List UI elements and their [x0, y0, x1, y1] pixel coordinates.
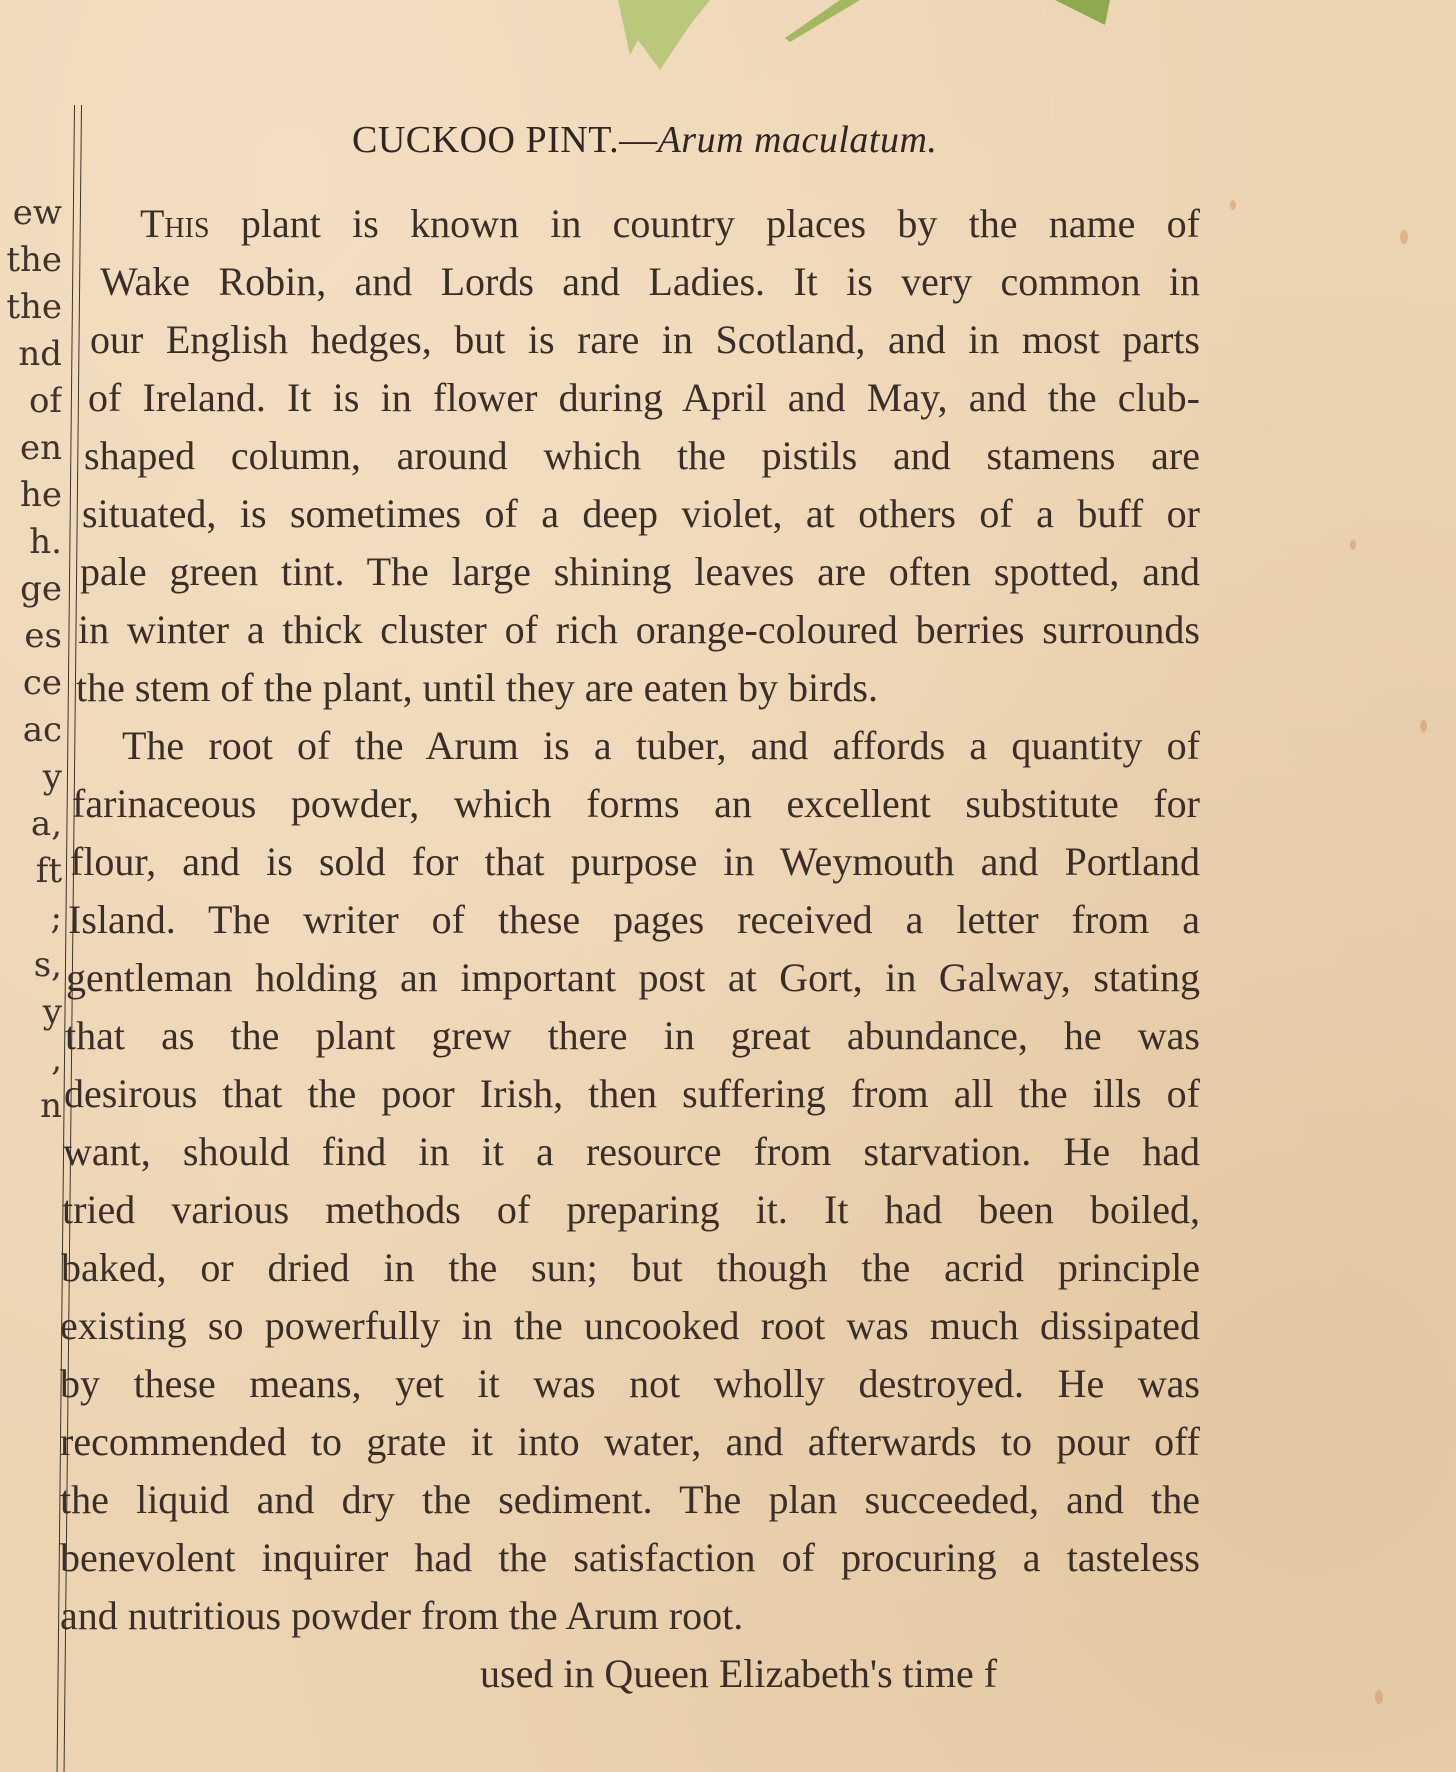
text-line: by these means, yet it was not wholly de…	[60, 1360, 1200, 1418]
column-fragment: s,	[0, 942, 62, 989]
line-text: Wake Robin, and Lords and Ladies. It is …	[100, 259, 1200, 304]
line-text: that as the plant grew there in great ab…	[65, 1013, 1200, 1058]
common-name: CUCKOO PINT.—	[352, 119, 658, 161]
text-line: gentleman holding an important post at G…	[60, 954, 1200, 1012]
column-fragment: ew	[0, 190, 62, 237]
column-fragment: ac	[0, 707, 62, 754]
column-fragment: the	[0, 284, 62, 331]
text-line: flour, and is sold for that purpose in W…	[60, 838, 1200, 896]
line-text: pale green tint. The large shining leave…	[80, 549, 1200, 594]
line-text: The root of the Arum is a tuber, and aff…	[122, 723, 1200, 768]
text-line: the stem of the plant, until they are ea…	[60, 664, 1200, 722]
line-text: the liquid and dry the sediment. The pla…	[60, 1477, 1200, 1522]
foxing-spot	[1230, 200, 1236, 210]
foxing-spot	[1375, 1690, 1383, 1704]
text-line: baked, or dried in the sun; but though t…	[60, 1244, 1200, 1302]
line-text: by these means, yet it was not wholly de…	[60, 1361, 1200, 1406]
column-fragment: ,	[0, 1036, 62, 1083]
line-text: plant is known in country places by the …	[210, 201, 1200, 246]
text-line: and nutritious powder from the Arum root…	[60, 1592, 1200, 1650]
text-line: Island. The writer of these pages receiv…	[60, 896, 1200, 954]
column-fragment: ge	[0, 566, 62, 613]
line-text: existing so powerfully in the uncooked r…	[60, 1303, 1200, 1348]
line-text: used in Queen Elizabeth's time f	[480, 1651, 997, 1696]
line-text: situated, is sometimes of a deep violet,…	[82, 491, 1200, 536]
column-fragment: nd	[0, 331, 62, 378]
column-fragment: y	[0, 989, 62, 1036]
text-line: shaped column, around which the pistils …	[60, 432, 1200, 490]
text-line: pale green tint. The large shining leave…	[60, 548, 1200, 606]
botanical-illustration-fragment	[600, 0, 1160, 70]
column-fragment: ft	[0, 848, 62, 895]
column-fragment: n	[0, 1083, 62, 1130]
text-line: used in Queen Elizabeth's time f	[60, 1650, 1200, 1708]
line-text: recommended to grate it into water, and …	[60, 1419, 1200, 1464]
column-fragment: ce	[0, 660, 62, 707]
column-fragment: h.	[0, 519, 62, 566]
line-text: and nutritious powder from the Arum root…	[60, 1593, 743, 1638]
text-line: want, should find in it a resource from …	[60, 1128, 1200, 1186]
column-fragment: ;	[0, 895, 62, 942]
text-line: Wake Robin, and Lords and Ladies. It is …	[60, 258, 1200, 316]
line-text: shaped column, around which the pistils …	[84, 433, 1200, 478]
foxing-spot	[1400, 230, 1408, 244]
article-body: This plant is known in country places by…	[60, 200, 1200, 1708]
column-fragment: es	[0, 613, 62, 660]
line-text: the stem of the plant, until they are ea…	[76, 665, 878, 710]
text-line: farinaceous powder, which forms an excel…	[60, 780, 1200, 838]
latin-name: Arum maculatum.	[658, 119, 938, 161]
foxing-spot	[1420, 720, 1427, 732]
text-line: This plant is known in country places by…	[60, 200, 1200, 258]
text-line: the liquid and dry the sediment. The pla…	[60, 1476, 1200, 1534]
text-line: of Ireland. It is in flower during April…	[60, 374, 1200, 432]
text-line: recommended to grate it into water, and …	[60, 1418, 1200, 1476]
text-line: desirous that the poor Irish, then suffe…	[60, 1070, 1200, 1128]
text-line: tried various methods of preparing it. I…	[60, 1186, 1200, 1244]
column-fragment: en	[0, 425, 62, 472]
line-text: farinaceous powder, which forms an excel…	[72, 781, 1200, 826]
text-line: The root of the Arum is a tuber, and aff…	[60, 722, 1200, 780]
column-fragment: of	[0, 378, 62, 425]
line-text: want, should find in it a resource from …	[63, 1129, 1200, 1174]
previous-page-column-fragments: ewthethendofenheh.geesceacya,ft;s,y,n	[0, 190, 62, 1130]
line-text: gentleman holding an important post at G…	[66, 955, 1200, 1000]
line-text: tried various methods of preparing it. I…	[62, 1187, 1200, 1232]
line-text: Island. The writer of these pages receiv…	[68, 897, 1200, 942]
text-line: existing so powerfully in the uncooked r…	[60, 1302, 1200, 1360]
text-line: situated, is sometimes of a deep violet,…	[60, 490, 1200, 548]
text-line: benevolent inquirer had the satisfaction…	[60, 1534, 1200, 1592]
line-text: flour, and is sold for that purpose in W…	[70, 839, 1200, 884]
text-line: in winter a thick cluster of rich orange…	[60, 606, 1200, 664]
line-text: baked, or dried in the sun; but though t…	[61, 1245, 1200, 1290]
line-text: benevolent inquirer had the satisfaction…	[60, 1535, 1200, 1580]
drop-lead-word: This	[140, 201, 210, 246]
column-fragment: y	[0, 754, 62, 801]
line-text: desirous that the poor Irish, then suffe…	[64, 1071, 1200, 1116]
column-fragment: the	[0, 237, 62, 284]
column-fragment: he	[0, 472, 62, 519]
column-fragment: a,	[0, 801, 62, 848]
text-line: our English hedges, but is rare in Scotl…	[60, 316, 1200, 374]
line-text: in winter a thick cluster of rich orange…	[78, 607, 1200, 652]
foxing-spot	[1350, 540, 1356, 550]
page-heading: CUCKOO PINT.—Arum maculatum.	[352, 118, 937, 162]
text-line: that as the plant grew there in great ab…	[60, 1012, 1200, 1070]
line-text: our English hedges, but is rare in Scotl…	[90, 317, 1200, 362]
leaf-illustration-icon	[600, 0, 1160, 70]
line-text: of Ireland. It is in flower during April…	[88, 375, 1200, 420]
